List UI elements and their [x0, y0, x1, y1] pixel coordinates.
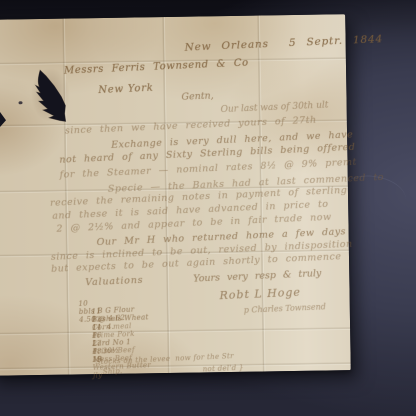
- dateline: New Orleans 5 Septr. 1844: [184, 33, 383, 54]
- photo-background: New Orleans 5 Septr. 1844 Messrs Ferris …: [0, 0, 416, 416]
- footnote-line-2: Ship.: [103, 367, 123, 376]
- fold-line-horizontal-5: [0, 327, 350, 336]
- valuations-heading: Valuations: [85, 275, 143, 289]
- reference-line: Our last was of 30th ult: [220, 100, 328, 115]
- footnote-right: not del'd }: [203, 364, 244, 374]
- closing: Yours very resp & truly: [193, 268, 321, 285]
- letter-paper: New Orleans 5 Septr. 1844 Messrs Ferris …: [0, 14, 351, 376]
- signature-secondary: p Charles Townsend: [244, 302, 326, 315]
- valuation-value: jly: [93, 371, 103, 379]
- signature: Robt L Hoge: [219, 286, 301, 303]
- ink-speck: [19, 101, 23, 104]
- fold-line-horizontal-6: [0, 362, 351, 371]
- addressee-city: New York: [98, 83, 154, 96]
- salutation: Gentn,: [181, 90, 214, 102]
